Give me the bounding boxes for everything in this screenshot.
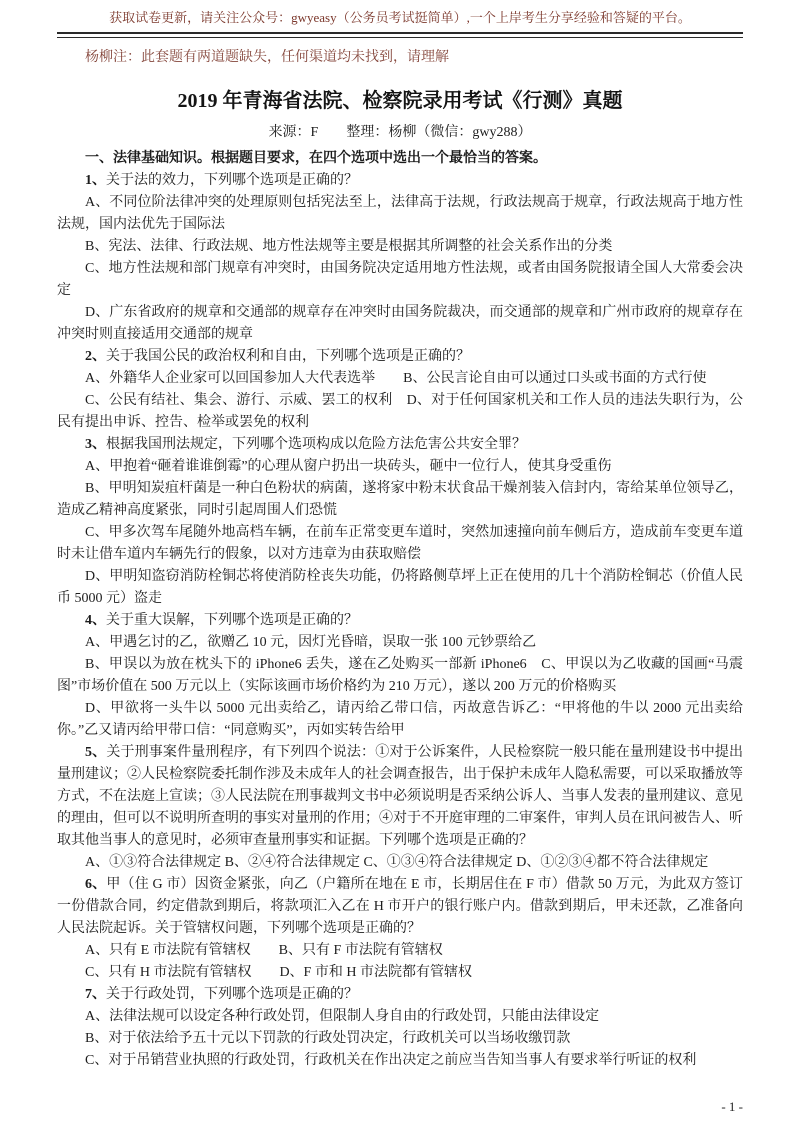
option-text: B、对于依法给予五十元以下罚款的行政处罚决定，行政机关可以当场收缴罚款 bbox=[85, 1031, 570, 1046]
question-number: 6、 bbox=[85, 877, 106, 892]
option-text: D、甲明知盗窃消防栓铜芯将使消防栓丧失功能，仍将路侧草坪上正在使用的几十个消防栓… bbox=[57, 569, 743, 606]
option-paragraph: A、不同位阶法律冲突的处理原则包括宪法至上，法律高于法规，行政法规高于规章，行政… bbox=[57, 192, 743, 236]
option-paragraph: A、甲抱着“砸着谁谁倒霉”的心理从窗户扔出一块砖头，砸中一位行人，使其身受重伤 bbox=[57, 456, 743, 478]
option-text: B、甲误以为放在枕头下的 iPhone6 丢失，遂在乙处购买一部新 iPhone… bbox=[57, 657, 743, 694]
question-text: 根据我国刑法规定，下列哪个选项构成以危险方法危害公共安全罪？ bbox=[106, 437, 526, 452]
question-text: 关于刑事案件量刑程序，有下列四个说法：①对于公诉案件，人民检察院一般只能在量刑建… bbox=[57, 745, 743, 848]
option-paragraph: A、外籍华人企业家可以回国参加人大代表选举 B、公民言论自由可以通过口头或书面的… bbox=[57, 368, 743, 390]
option-paragraph: B、宪法、法律、行政法规、地方性法规等主要是根据其所调整的社会关系作出的分类 bbox=[57, 236, 743, 258]
option-text: B、甲明知炭疽杆菌是一种白色粉状的病菌，遂将家中粉末状食品干燥剂装入信封内，寄给… bbox=[57, 481, 743, 518]
promo-notice: 获取试卷更新，请关注公众号：gwyeasy（公务员考试挺简单）,一个上岸考生分享… bbox=[0, 0, 800, 27]
option-text: C、只有 H 市法院有管辖权 D、F 市和 H 市法院都有管辖权 bbox=[85, 965, 472, 980]
option-text: A、外籍华人企业家可以回国参加人大代表选举 B、公民言论自由可以通过口头或书面的… bbox=[85, 371, 706, 386]
option-paragraph: C、甲多次驾车尾随外地高档车辆，在前车正常变更车道时，突然加速撞向前车侧后方，造… bbox=[57, 522, 743, 566]
option-text: A、不同位阶法律冲突的处理原则包括宪法至上，法律高于法规，行政法规高于规章，行政… bbox=[57, 195, 743, 232]
option-text: B、宪法、法律、行政法规、地方性法规等主要是根据其所调整的社会关系作出的分类 bbox=[85, 239, 612, 254]
question-number: 2、 bbox=[85, 349, 106, 364]
document-page: 获取试卷更新，请关注公众号：gwyeasy（公务员考试挺简单）,一个上岸考生分享… bbox=[0, 0, 800, 1131]
option-text: A、甲遇乞讨的乙，欲赠乙 10 元，因灯光昏暗，误取一张 100 元钞票给乙 bbox=[85, 635, 536, 650]
option-text: A、①③符合法律规定 B、②④符合法律规定 C、①③④符合法律规定 D、①②③④… bbox=[85, 855, 708, 870]
option-paragraph: D、甲欲将一头牛以 5000 元出卖给乙，请丙给乙带口信，丙故意告诉乙：“甲将他… bbox=[57, 698, 743, 742]
option-paragraph: D、广东省政府的规章和交通部的规章存在冲突时由国务院裁决，而交通部的规章和广州市… bbox=[57, 302, 743, 346]
source-line: 来源：F 整理：杨柳（微信：gwy288） bbox=[0, 122, 800, 144]
option-paragraph: B、甲误以为放在枕头下的 iPhone6 丢失，遂在乙处购买一部新 iPhone… bbox=[57, 654, 743, 698]
option-paragraph: A、甲遇乞讨的乙，欲赠乙 10 元，因灯光昏暗，误取一张 100 元钞票给乙 bbox=[57, 632, 743, 654]
question-paragraph: 1、关于法的效力，下列哪个选项是正确的？ bbox=[57, 170, 743, 192]
question-paragraph: 5、关于刑事案件量刑程序，有下列四个说法：①对于公诉案件，人民检察院一般只能在量… bbox=[57, 742, 743, 852]
option-paragraph: B、甲明知炭疽杆菌是一种白色粉状的病菌，遂将家中粉末状食品干燥剂装入信封内，寄给… bbox=[57, 478, 743, 522]
option-text: C、甲多次驾车尾随外地高档车辆，在前车正常变更车道时，突然加速撞向前车侧后方，造… bbox=[57, 525, 743, 562]
header-double-rule bbox=[57, 32, 743, 38]
question-number: 5、 bbox=[85, 745, 106, 760]
question-text: 甲（住 G 市）因资金紧张，向乙（户籍所在地在 E 市，长期居住在 F 市）借款… bbox=[57, 877, 743, 936]
option-text: D、甲欲将一头牛以 5000 元出卖给乙，请丙给乙带口信，丙故意告诉乙：“甲将他… bbox=[57, 701, 743, 738]
question-paragraph: 2、关于我国公民的政治权利和自由，下列哪个选项是正确的？ bbox=[57, 346, 743, 368]
option-paragraph: A、①③符合法律规定 B、②④符合法律规定 C、①③④符合法律规定 D、①②③④… bbox=[57, 852, 743, 874]
option-paragraph: C、只有 H 市法院有管辖权 D、F 市和 H 市法院都有管辖权 bbox=[57, 962, 743, 984]
question-number: 7、 bbox=[85, 987, 106, 1002]
option-paragraph: C、公民有结社、集会、游行、示威、罢工的权利 D、对于任何国家机关和工作人员的违… bbox=[57, 390, 743, 434]
option-paragraph: A、法律法规可以设定各种行政处罚，但限制人身自由的行政处罚，只能由法律设定 bbox=[57, 1006, 743, 1028]
option-text: A、甲抱着“砸着谁谁倒霉”的心理从窗户扔出一块砖头，砸中一位行人，使其身受重伤 bbox=[85, 459, 612, 474]
option-text: A、法律法规可以设定各种行政处罚，但限制人身自由的行政处罚，只能由法律设定 bbox=[85, 1009, 599, 1024]
section-heading: 一、法律基础知识。根据题目要求，在四个选项中选出一个最恰当的答案。 bbox=[57, 148, 743, 170]
question-number: 4、 bbox=[85, 613, 106, 628]
question-text: 关于重大误解，下列哪个选项是正确的？ bbox=[106, 613, 358, 628]
editor-note: 杨柳注：此套题有两道题缺失，任何渠道均未找到，请理解 bbox=[57, 47, 743, 69]
option-text: A、只有 E 市法院有管辖权 B、只有 F 市法院有管辖权 bbox=[85, 943, 443, 958]
question-number: 1、 bbox=[85, 173, 106, 188]
option-text: C、对于吊销营业执照的行政处罚，行政机关在作出决定之前应当告知当事人有要求举行听… bbox=[85, 1053, 696, 1068]
option-paragraph: A、只有 E 市法院有管辖权 B、只有 F 市法院有管辖权 bbox=[57, 940, 743, 962]
option-text: C、公民有结社、集会、游行、示威、罢工的权利 D、对于任何国家机关和工作人员的违… bbox=[57, 393, 743, 430]
option-text: D、广东省政府的规章和交通部的规章存在冲突时由国务院裁决，而交通部的规章和广州市… bbox=[57, 305, 743, 342]
doc-title: 2019 年青海省法院、检察院录用考试《行测》真题 bbox=[0, 87, 800, 115]
doc-body: 一、法律基础知识。根据题目要求，在四个选项中选出一个最恰当的答案。 1、关于法的… bbox=[57, 148, 743, 1072]
question-paragraph: 6、甲（住 G 市）因资金紧张，向乙（户籍所在地在 E 市，长期居住在 F 市）… bbox=[57, 874, 743, 940]
option-paragraph: C、对于吊销营业执照的行政处罚，行政机关在作出决定之前应当告知当事人有要求举行听… bbox=[57, 1050, 743, 1072]
option-text: C、地方性法规和部门规章有冲突时，由国务院决定适用地方性法规，或者由国务院报请全… bbox=[57, 261, 743, 298]
question-paragraph: 7、关于行政处罚，下列哪个选项是正确的？ bbox=[57, 984, 743, 1006]
question-number: 3、 bbox=[85, 437, 106, 452]
question-paragraph: 3、根据我国刑法规定，下列哪个选项构成以危险方法危害公共安全罪？ bbox=[57, 434, 743, 456]
question-text: 关于我国公民的政治权利和自由，下列哪个选项是正确的？ bbox=[106, 349, 470, 364]
question-text: 关于行政处罚，下列哪个选项是正确的？ bbox=[106, 987, 358, 1002]
option-paragraph: C、地方性法规和部门规章有冲突时，由国务院决定适用地方性法规，或者由国务院报请全… bbox=[57, 258, 743, 302]
question-paragraph: 4、关于重大误解，下列哪个选项是正确的？ bbox=[57, 610, 743, 632]
page-number: - 1 - bbox=[721, 1099, 743, 1115]
question-text: 关于法的效力，下列哪个选项是正确的？ bbox=[106, 173, 358, 188]
option-paragraph: B、对于依法给予五十元以下罚款的行政处罚决定，行政机关可以当场收缴罚款 bbox=[57, 1028, 743, 1050]
option-paragraph: D、甲明知盗窃消防栓铜芯将使消防栓丧失功能，仍将路侧草坪上正在使用的几十个消防栓… bbox=[57, 566, 743, 610]
